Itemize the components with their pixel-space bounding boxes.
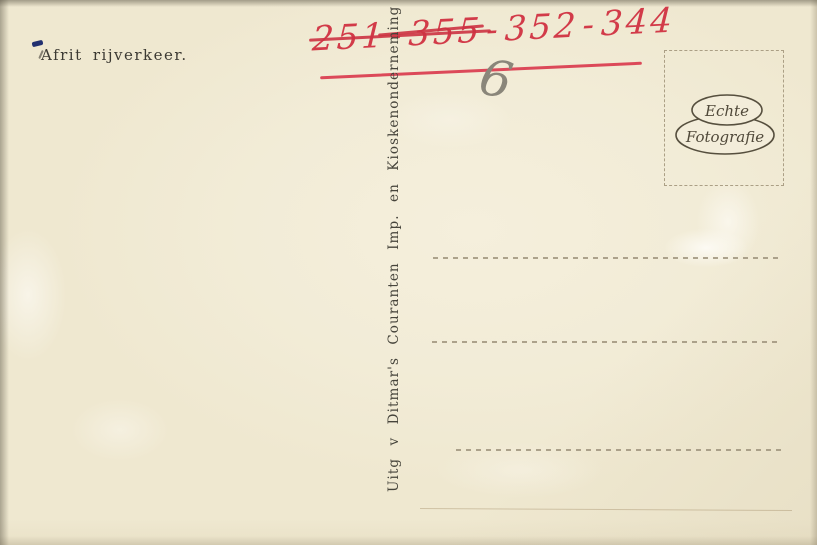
logo-text-line1: Echte	[704, 102, 749, 120]
address-line-2	[432, 341, 782, 343]
publisher-imprint: Uitg v Ditmar's Couranten Imp. en Kioske…	[386, 52, 406, 492]
address-line-1	[433, 257, 778, 259]
address-line-3	[456, 449, 781, 451]
handwriting-separator: -	[578, 4, 603, 45]
logo-text-line2: Fotografie	[685, 128, 764, 146]
postcard-back: Afrit rijverkeer. 251-355-352-344 6 Uitg…	[0, 0, 817, 545]
handwriting-group: 352	[504, 5, 580, 49]
handwriting-group: 344	[600, 0, 676, 44]
echte-fotografie-logo: Echte Fotografie	[673, 91, 777, 161]
stamp-box: Echte Fotografie	[664, 50, 784, 186]
caption: Afrit rijverkeer.	[41, 46, 188, 64]
